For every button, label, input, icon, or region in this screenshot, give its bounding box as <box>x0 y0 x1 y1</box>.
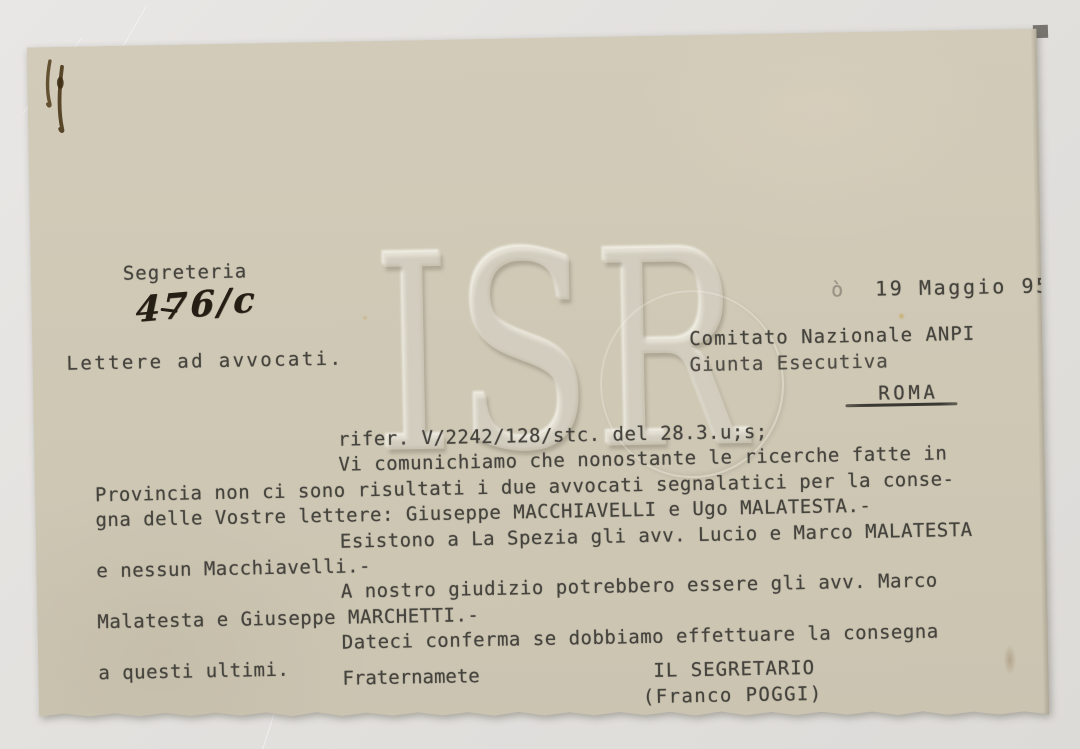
recipient-org: Comitato Nazionale ANPI <box>689 322 976 353</box>
letter-paper: ISR Segreteria 476/c Lettere ad avvocati… <box>27 29 1050 738</box>
date-spacer <box>846 277 876 302</box>
letter-body: rifer. V/2242/128/stc. del 28.3.u;s; Vi … <box>94 416 975 686</box>
handwritten-corner-mark <box>42 54 88 139</box>
date-prefix-faint: ò <box>831 278 846 302</box>
signature-title: IL SEGRETARIO <box>653 656 815 684</box>
date-line: ò 19 Maggio 950 <box>743 248 1067 330</box>
subject-line: Lettere ad avvocati. <box>66 347 343 378</box>
protocol-number-handwritten: 476/c <box>135 279 257 331</box>
recipient-dept: Giunta Esecutiva <box>689 349 888 378</box>
closing-salutation: Fraternamete <box>342 664 480 692</box>
signature-name: (Franco POGGI) <box>643 682 823 711</box>
date-value: 19 Maggio 950 <box>875 274 1066 302</box>
scan-area: ISR Segreteria 476/c Lettere ad avvocati… <box>0 0 1080 749</box>
